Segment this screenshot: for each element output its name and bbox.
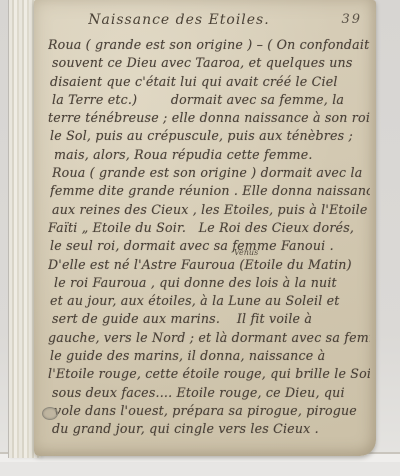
manuscript-text: Roua ( grande est son origine ) – ( On c… <box>48 36 370 439</box>
manuscript-line: Faïti „ Etoile du Soir. Le Roi des Cieux… <box>48 219 370 237</box>
manuscript-line: sert de guide aux marins. Il fit voile à <box>52 310 370 328</box>
manuscript-line: et au jour, aux étoiles, à la Lune au So… <box>50 292 370 310</box>
manuscript-line: vole dans l'ouest, prépara sa pirogue, p… <box>54 402 370 420</box>
page-title: Naissance des Etoiles. <box>34 12 324 28</box>
interlinear-note: Vénus <box>234 248 258 257</box>
manuscript-line: le seul roi, dormait avec sa femme Fanou… <box>50 237 370 255</box>
manuscript-line: D'elle est né l'Astre Fauroua (Etoile du… <box>48 256 370 274</box>
manuscript-line: souvent ce Dieu avec Taaroa, et quelques… <box>52 54 370 72</box>
manuscript-line: l'Etoile rouge, cette étoile rouge, qui … <box>48 365 370 383</box>
manuscript-line: Roua ( grande est son origine ) dormait … <box>52 164 370 182</box>
manuscript-line: femme dite grande réunion . Elle donna n… <box>50 182 370 200</box>
manuscript-line: le roi Fauroua , qui donne des lois à la… <box>54 274 370 292</box>
manuscript-line: le guide des marins, il donna, naissance… <box>50 347 370 365</box>
manuscript-line: mais, alors, Roua répudia cette femme. <box>54 146 370 164</box>
manuscript-page: Naissance des Etoiles. 39 Roua ( grande … <box>34 0 376 456</box>
manuscript-line: sous deux faces.... Etoile rouge, ce Die… <box>52 384 370 402</box>
manuscript-line: la Terre etc.) dormait avec sa femme, la <box>52 91 370 109</box>
page-number: 39 <box>341 12 362 27</box>
manuscript-line: aux reines des Cieux , les Etoiles, puis… <box>52 201 370 219</box>
manuscript-line: terre ténébreuse ; elle donna naissance … <box>48 109 370 127</box>
manuscript-line: le Sol, puis au crépuscule, puis aux tén… <box>50 127 370 145</box>
manuscript-line: Roua ( grande est son origine ) – ( On c… <box>48 36 370 54</box>
manuscript-line: disaient que c'était lui qui avait créé … <box>50 73 370 91</box>
scanned-document: Naissance des Etoiles. 39 Roua ( grande … <box>0 0 400 476</box>
manuscript-line: du grand jour, qui cingle vers les Cieux… <box>52 420 370 438</box>
manuscript-line: gauche, vers le Nord ; et là dormant ave… <box>48 329 370 347</box>
oval-stamp-icon <box>42 407 58 420</box>
